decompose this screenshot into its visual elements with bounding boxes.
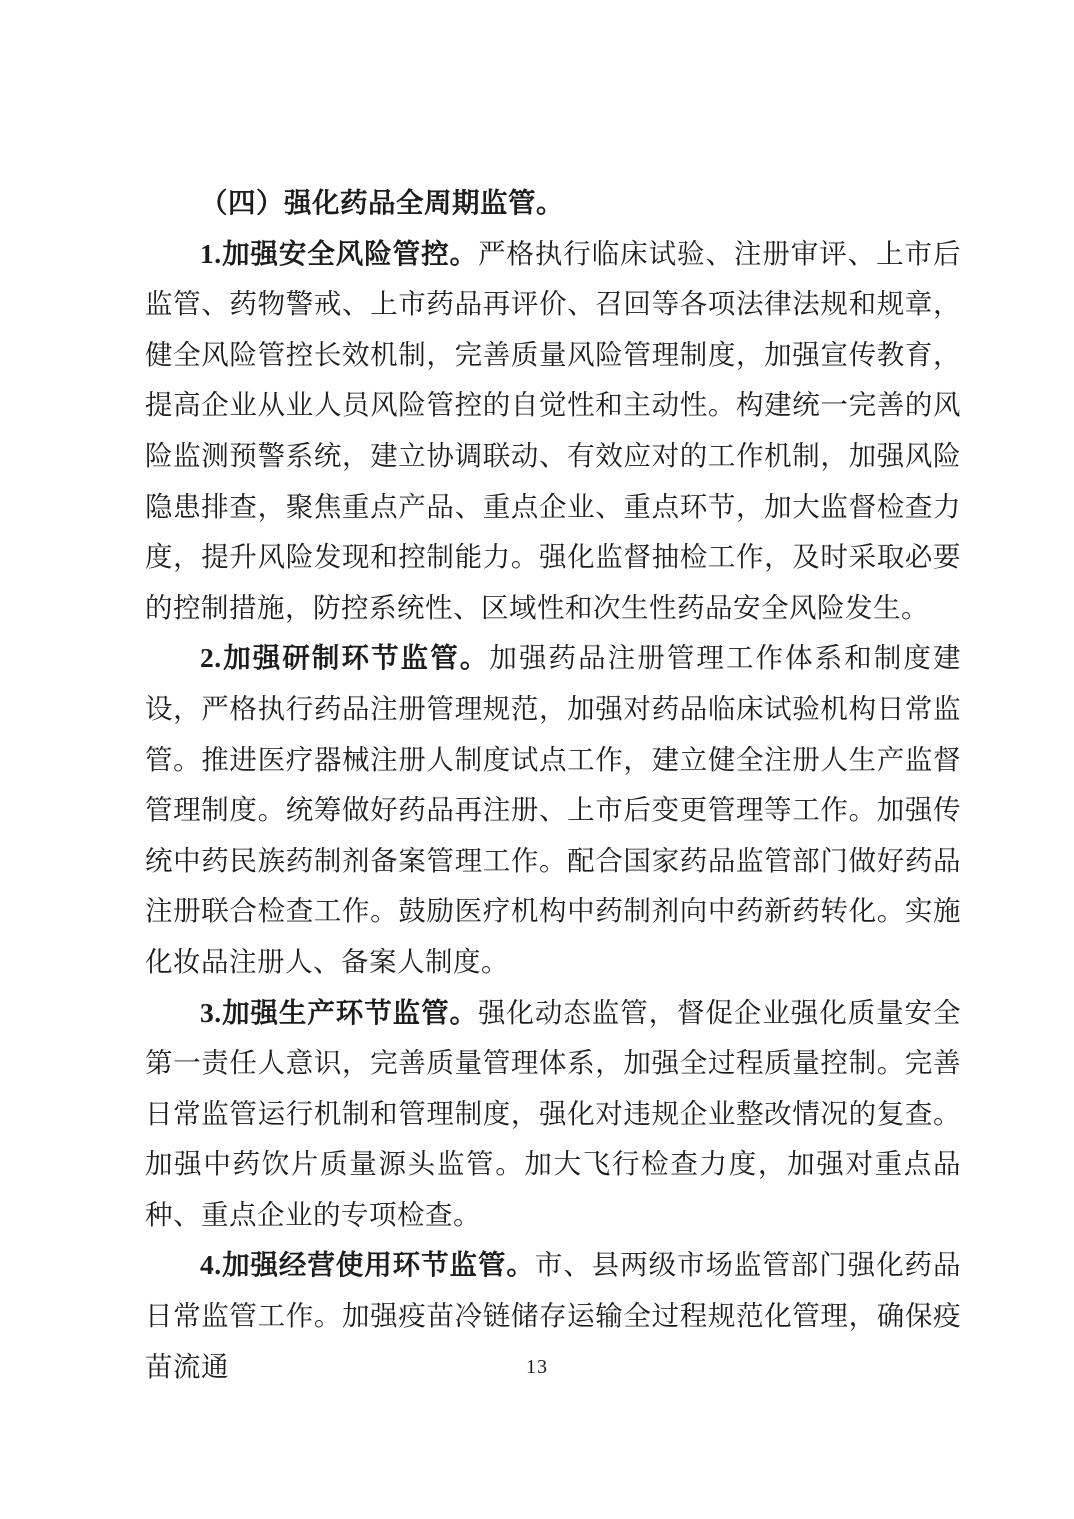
paragraph-body: 加强药品注册管理工作体系和制度建设，严格执行药品注册管理规范，加强对药品临床试验…: [145, 642, 961, 977]
document-page: （四）强化药品全周期监管。 1.加强安全风险管控。严格执行临床试验、注册审评、上…: [0, 0, 1074, 1519]
paragraph: 1.加强安全风险管控。严格执行临床试验、注册审评、上市后监管、药物警戒、上市药品…: [145, 229, 961, 634]
paragraph-body: 严格执行临床试验、注册审评、上市后监管、药物警戒、上市药品再评价、召回等各项法律…: [145, 238, 961, 623]
paragraph-lead: 1.加强安全风险管控。: [200, 238, 478, 269]
paragraph-lead: 4.加强经营使用环节监管。: [200, 1249, 535, 1280]
paragraph-body: 强化动态监管，督促企业强化质量安全第一责任人意识，完善质量管理体系，加强全过程质…: [145, 997, 961, 1230]
paragraph: 2.加强研制环节监管。加强药品注册管理工作体系和制度建设，严格执行药品注册管理规…: [145, 633, 961, 987]
paragraph-lead: 2.加强研制环节监管。: [200, 642, 489, 673]
document-body: （四）强化药品全周期监管。 1.加强安全风险管控。严格执行临床试验、注册审评、上…: [145, 178, 961, 1392]
section-heading: （四）强化药品全周期监管。: [145, 178, 961, 229]
paragraph-lead: 3.加强生产环节监管。: [200, 997, 478, 1028]
page-number: 13: [0, 1352, 1074, 1382]
paragraph: 3.加强生产环节监管。强化动态监管，督促企业强化质量安全第一责任人意识，完善质量…: [145, 988, 961, 1241]
